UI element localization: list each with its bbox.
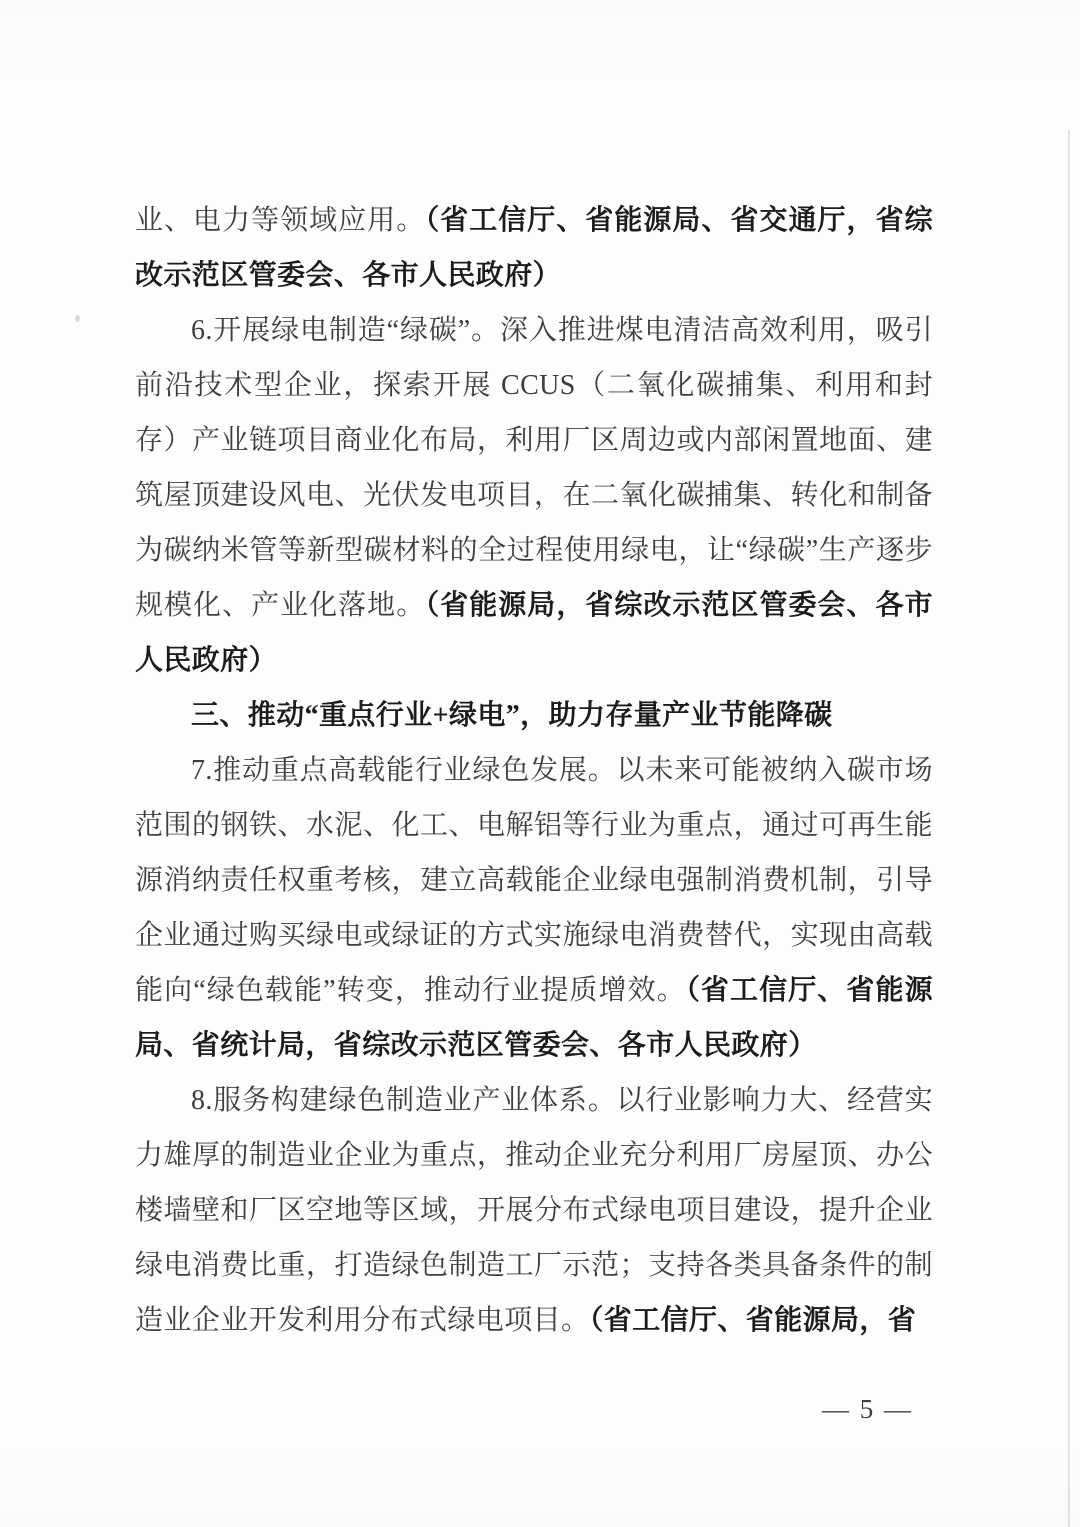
section-heading-three: 三、推动“重点行业+绿电”，助力存量产业节能降碳 <box>135 688 933 743</box>
document-body: 业、电力等领域应用。（省工信厅、省能源局、省交通厅，省综改示范区管委会、各市人民… <box>135 193 933 1348</box>
scan-speck <box>75 315 80 322</box>
responsible-departments-text: 三、推动“重点行业+绿电”，助力存量产业节能降碳 <box>191 700 833 731</box>
para-item-7: 7.推动重点高载能行业绿色发展。以未来可能被纳入碳市场范围的钢铁、水泥、化工、电… <box>135 743 933 1073</box>
page-edge-line <box>1068 130 1070 1527</box>
page-number: — 5 — <box>822 1392 913 1426</box>
document-page: 业、电力等领域应用。（省工信厅、省能源局、省交通厅，省综改示范区管委会、各市人民… <box>0 0 1080 1527</box>
para-item-6: 6.开展绿电制造“绿碳”。深入推进煤电清洁高效利用，吸引前沿技术型企业，探索开展… <box>135 303 933 688</box>
body-text: 7.推动重点高载能行业绿色发展。以未来可能被纳入碳市场范围的钢铁、水泥、化工、电… <box>135 755 933 1006</box>
responsible-departments-text: （省工信厅、省能源局，省 <box>589 1305 916 1336</box>
para-item-5-continuation: 业、电力等领域应用。（省工信厅、省能源局、省交通厅，省综改示范区管委会、各市人民… <box>135 193 933 303</box>
para-item-8: 8.服务构建绿色制造业产业体系。以行业影响力大、经营实力雄厚的制造业企业为重点，… <box>135 1073 933 1348</box>
body-text: 8.服务构建绿色制造业产业体系。以行业影响力大、经营实力雄厚的制造业企业为重点，… <box>135 1085 933 1336</box>
body-text: 6.开展绿电制造“绿碳”。深入推进煤电清洁高效利用，吸引前沿技术型企业，探索开展… <box>135 315 933 621</box>
body-text: 业、电力等领域应用。 <box>135 205 425 236</box>
